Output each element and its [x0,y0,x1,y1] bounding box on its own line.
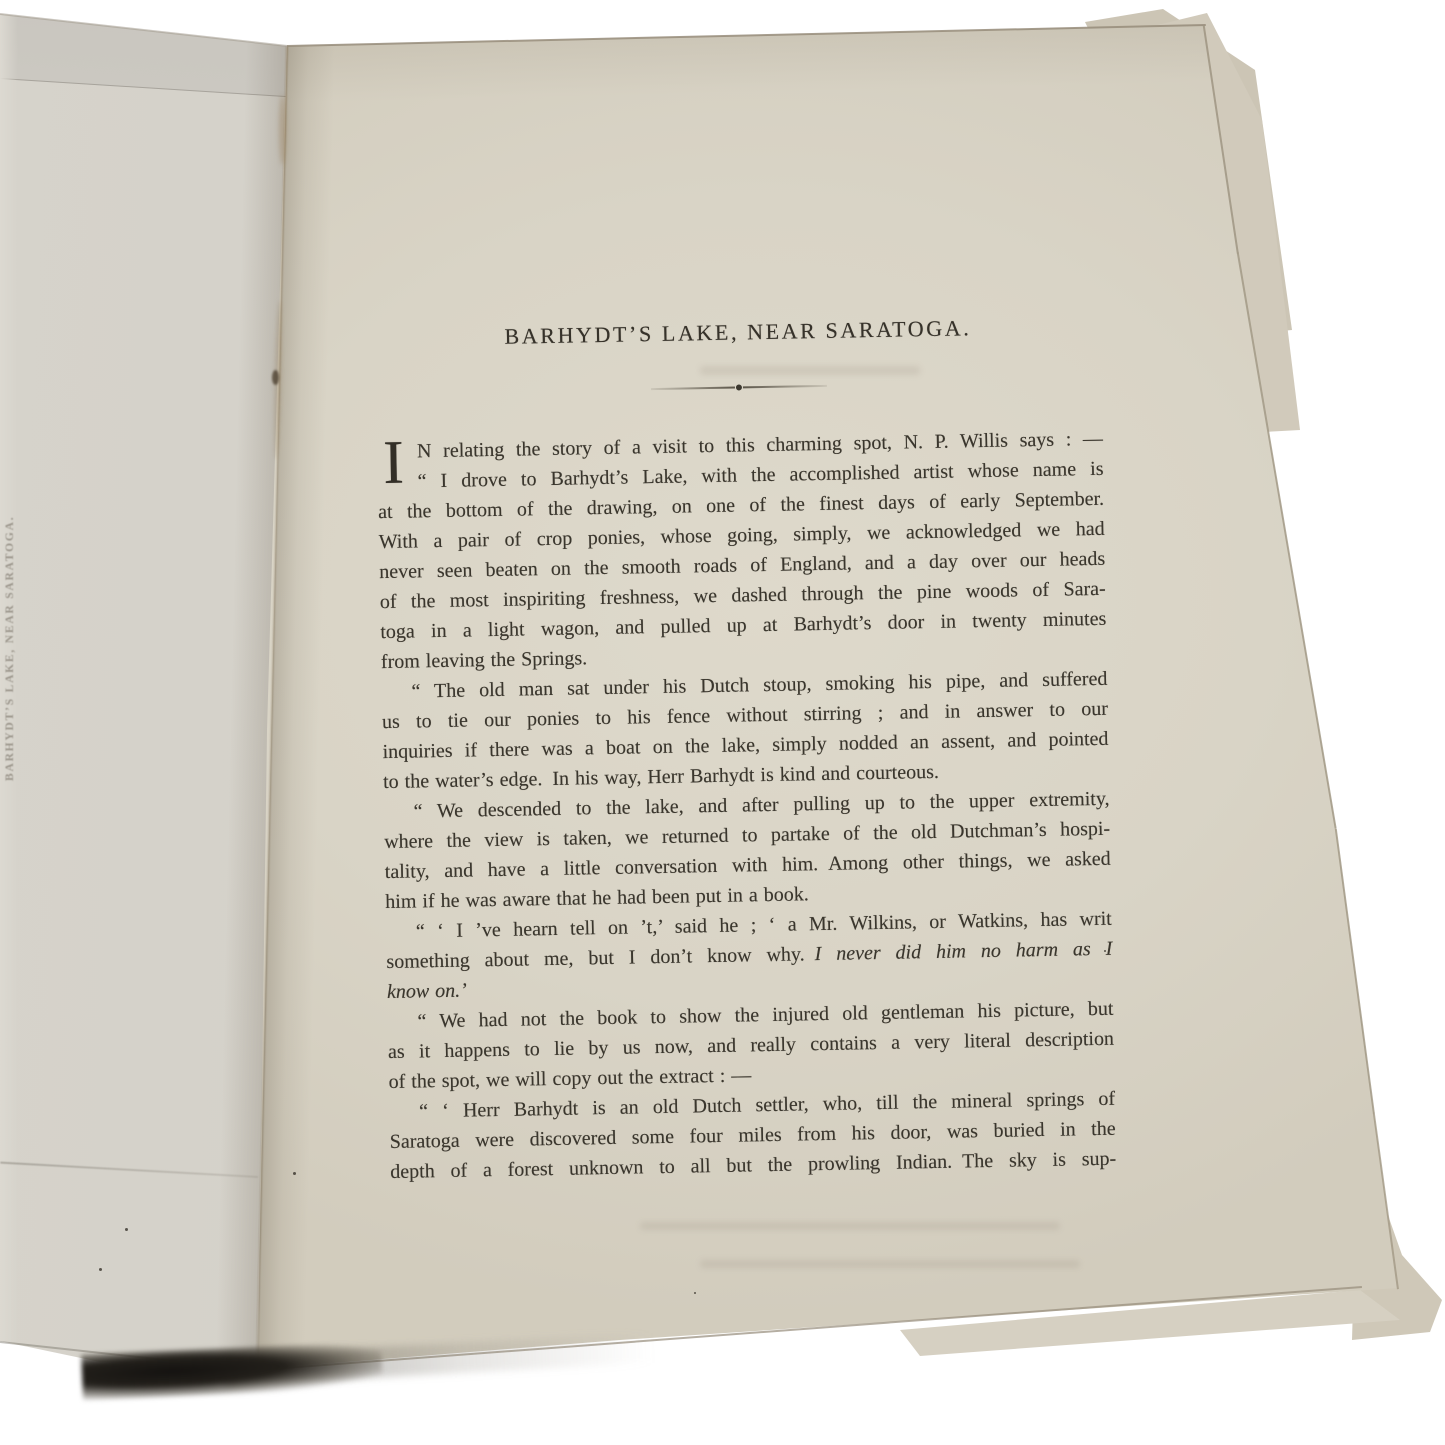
ink-showthrough [700,1260,1080,1268]
divider-line [743,385,827,388]
paper-speck [99,1268,102,1271]
divider-dot-icon [736,384,742,390]
gutter-stain [272,370,279,385]
printed-page-content: BARHYDT’S LAKE, NEAR SARATOGA. I N relat… [369,0,1118,1250]
page-title: BARHYDT’S LAKE, NEAR SARATOGA. [375,313,1101,352]
photo-background: BARHYDT’S LAKE, NEAR SARATOGA. BARHYDT’S… [0,0,1445,1445]
paper-speck [293,1172,296,1175]
body-text: N relating the story of a visit to this … [377,424,1117,1187]
paper-speck [694,1292,696,1294]
plate-caption-showthrough: BARHYDT’S LAKE, NEAR SARATOGA. [4,436,16,781]
section-divider [376,378,1102,397]
divider-line [651,387,735,390]
paper-speck [125,1228,128,1231]
gutter-stain [279,95,286,165]
